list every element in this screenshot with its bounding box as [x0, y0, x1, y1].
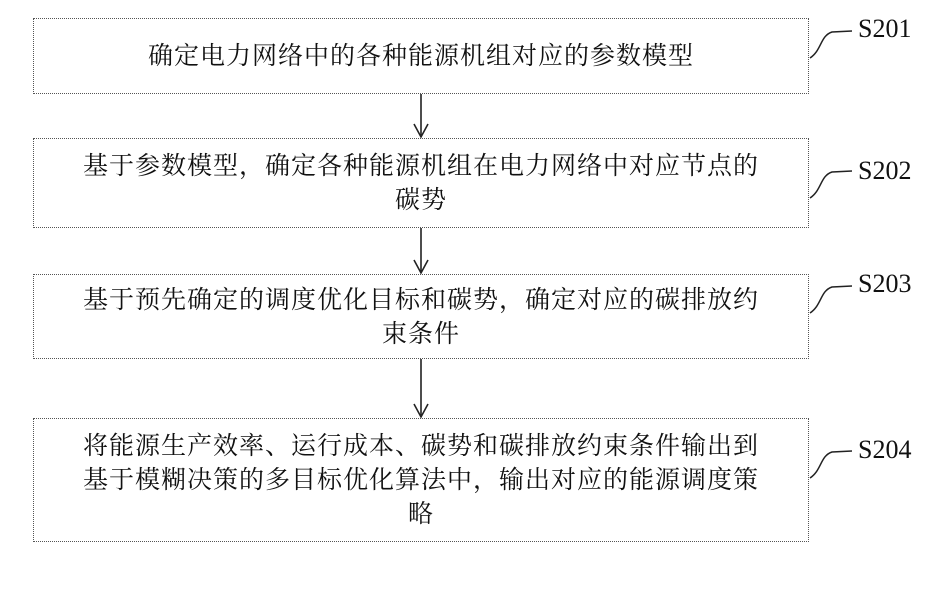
step-text-s201: 确定电力网络中的各种能源机组对应的参数模型	[134, 39, 708, 73]
step-text-s202: 基于参数模型，确定各种能源机组在电力网络中对应节点的碳势	[57, 149, 785, 217]
step-label-s202: S202	[858, 156, 911, 186]
step-label-s201: S201	[858, 14, 911, 44]
leader-s204	[810, 451, 852, 478]
leader-s203	[810, 286, 852, 313]
step-label-s204: S204	[858, 435, 911, 465]
step-label-s203: S203	[858, 269, 911, 299]
step-box-s201: 确定电力网络中的各种能源机组对应的参数模型	[33, 18, 809, 94]
arrow-head-icon	[414, 260, 428, 273]
step-text-s204: 将能源生产效率、运行成本、碳势和碳排放约束条件输出到基于模糊决策的多目标优化算法…	[57, 429, 785, 531]
step-box-s204: 将能源生产效率、运行成本、碳势和碳排放约束条件输出到基于模糊决策的多目标优化算法…	[33, 418, 809, 542]
step-text-s203: 基于预先确定的调度优化目标和碳势，确定对应的碳排放约束条件	[57, 283, 785, 351]
step-box-s202: 基于参数模型，确定各种能源机组在电力网络中对应节点的碳势	[33, 138, 809, 228]
label-leaders	[810, 31, 852, 478]
step-box-s203: 基于预先确定的调度优化目标和碳势，确定对应的碳排放约束条件	[33, 274, 809, 359]
leader-s202	[810, 171, 852, 198]
leader-s201	[810, 31, 852, 58]
arrow-head-icon	[414, 124, 428, 137]
arrow-head-icon	[414, 404, 428, 417]
